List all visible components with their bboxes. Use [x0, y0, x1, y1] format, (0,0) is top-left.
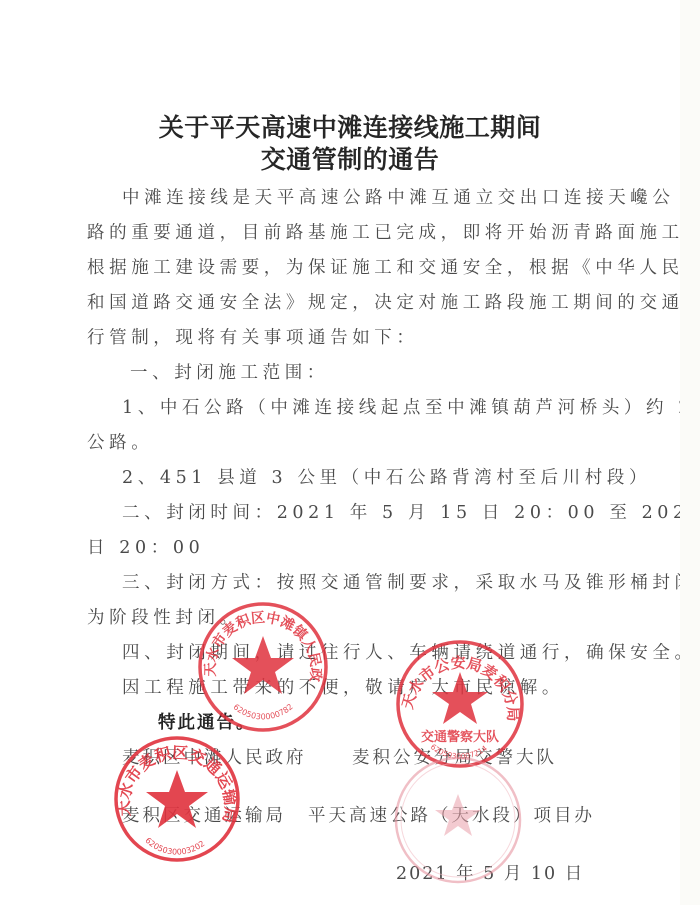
body-line: 1、中石公路（中滩连接线起点至中滩镇葫芦河桥头）约 2 [122, 394, 694, 419]
transport-bureau-seal: 天水市麦积区交通运输局 6205030003202 [112, 734, 242, 864]
section-heading: 二、封闭时间：2021 年 5 月 15 日 20：00 至 2021 年 5 … [122, 499, 700, 524]
star-icon [232, 636, 294, 694]
document-title-line-2: 交通管制的通告 [0, 140, 700, 176]
body-line: 中滩连接线是天平高速公路中滩互通立交出口连接天巉公 [122, 184, 675, 209]
zhongtan-government-seal: 天水市麦积区中滩镇人民政府 6205030000782 [196, 600, 330, 734]
traffic-police-seal: 天水市公安局麦积分局 交通警察大队 6205030007214 [394, 638, 526, 770]
document-page: 关于平天高速中滩连接线施工期间 交通管制的通告 中滩连接线是天平高速公路中滩互通… [0, 0, 700, 905]
svg-text:6205030000782: 6205030000782 [232, 702, 295, 721]
section-heading: 三、封闭方式：按照交通管制要求，采取水马及锥形桶封闭。 [122, 569, 700, 594]
section-heading: 一、封闭施工范围： [130, 359, 329, 384]
body-line: 行管制，现将有关事项通告如下： [87, 324, 419, 349]
body-line: 路的重要通道，目前路基施工已完成，即将开始沥青路面施工， [87, 219, 700, 244]
body-line: 公路。 [87, 429, 153, 454]
star-icon [435, 794, 481, 836]
scan-edge [680, 0, 700, 905]
star-icon [146, 770, 208, 828]
document-title-line-1: 关于平天高速中滩连接线施工期间 [0, 108, 700, 144]
star-icon [432, 672, 488, 724]
body-line: 日 20：00 [87, 534, 204, 559]
project-office-seal [392, 754, 524, 886]
svg-text:交通警察大队: 交通警察大队 [421, 729, 499, 745]
body-line: 2、451 县道 3 公里（中石公路背湾村至后川村段） [122, 464, 651, 489]
body-line: 根据施工建设需要，为保证施工和交通安全，根据《中华人民共 [87, 254, 700, 279]
body-line: 和国道路交通安全法》规定，决定对施工路段施工期间的交通进 [87, 289, 700, 314]
